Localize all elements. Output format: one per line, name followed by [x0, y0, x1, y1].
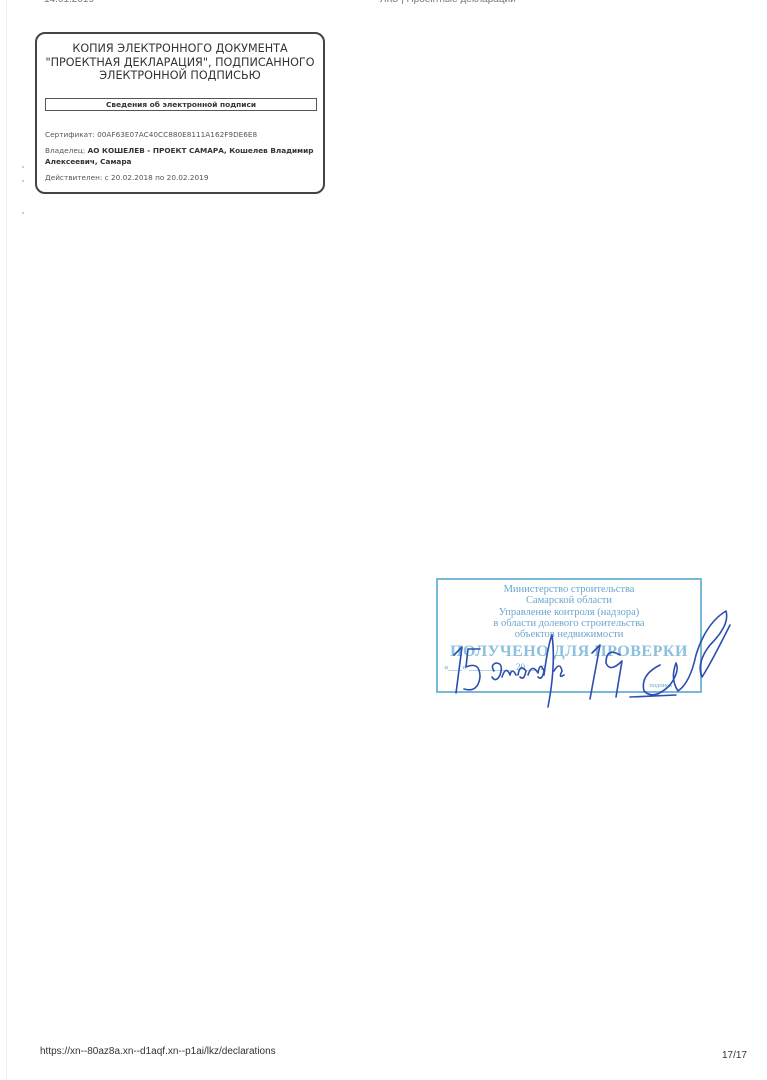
certificate-value: 00AF63E07AC40CC880E8111A162F9DE6E8 [97, 130, 257, 139]
stamp-date-template: «___» __________ 20___ г. [444, 662, 546, 672]
footer-url: https://xn--80az8a.xn--d1aqf.xn--p1ai/lk… [40, 1046, 276, 1057]
stamp-text: Министерство строительства Самарской обл… [438, 584, 700, 640]
stamp-received-label: ПОЛУЧЕНО ДЛЯ ПРОВЕРКИ [438, 643, 700, 661]
header-date: 14.01.2019 [44, 0, 94, 5]
stamp-signature-caption: подпись [649, 682, 672, 689]
scan-artifact [22, 166, 24, 168]
signature-info-heading: Сведения об электронной подписи [45, 98, 317, 111]
validity-line: Действителен: с 20.02.2018 по 20.02.2019 [45, 172, 317, 183]
page-edge [6, 0, 7, 1080]
certificate-label: Сертификат: [45, 130, 95, 139]
header-title: ЛКЗ | Проектные декларации [380, 0, 516, 5]
owner-label: Владелец: [45, 146, 85, 155]
scan-artifact [22, 180, 24, 182]
ministry-received-stamp: Министерство строительства Самарской обл… [436, 578, 702, 693]
certificate-line: Сертификат: 00AF63E07AC40CC880E8111A162F… [45, 129, 317, 140]
electronic-signature-block: КОПИЯ ЭЛЕКТРОННОГО ДОКУМЕНТА "ПРОЕКТНАЯ … [35, 32, 325, 194]
owner-line: Владелец: АО КОШЕЛЕВ - ПРОЕКТ САМАРА, Ко… [45, 145, 317, 167]
validity-label: Действителен: [45, 173, 102, 182]
scan-artifact [22, 212, 24, 214]
signature-block-title: КОПИЯ ЭЛЕКТРОННОГО ДОКУМЕНТА "ПРОЕКТНАЯ … [43, 42, 317, 83]
owner-value: АО КОШЕЛЕВ - ПРОЕКТ САМАРА, Кошелев Влад… [45, 146, 313, 166]
validity-value: с 20.02.2018 по 20.02.2019 [105, 173, 209, 182]
page-number: 17/17 [722, 1050, 747, 1061]
